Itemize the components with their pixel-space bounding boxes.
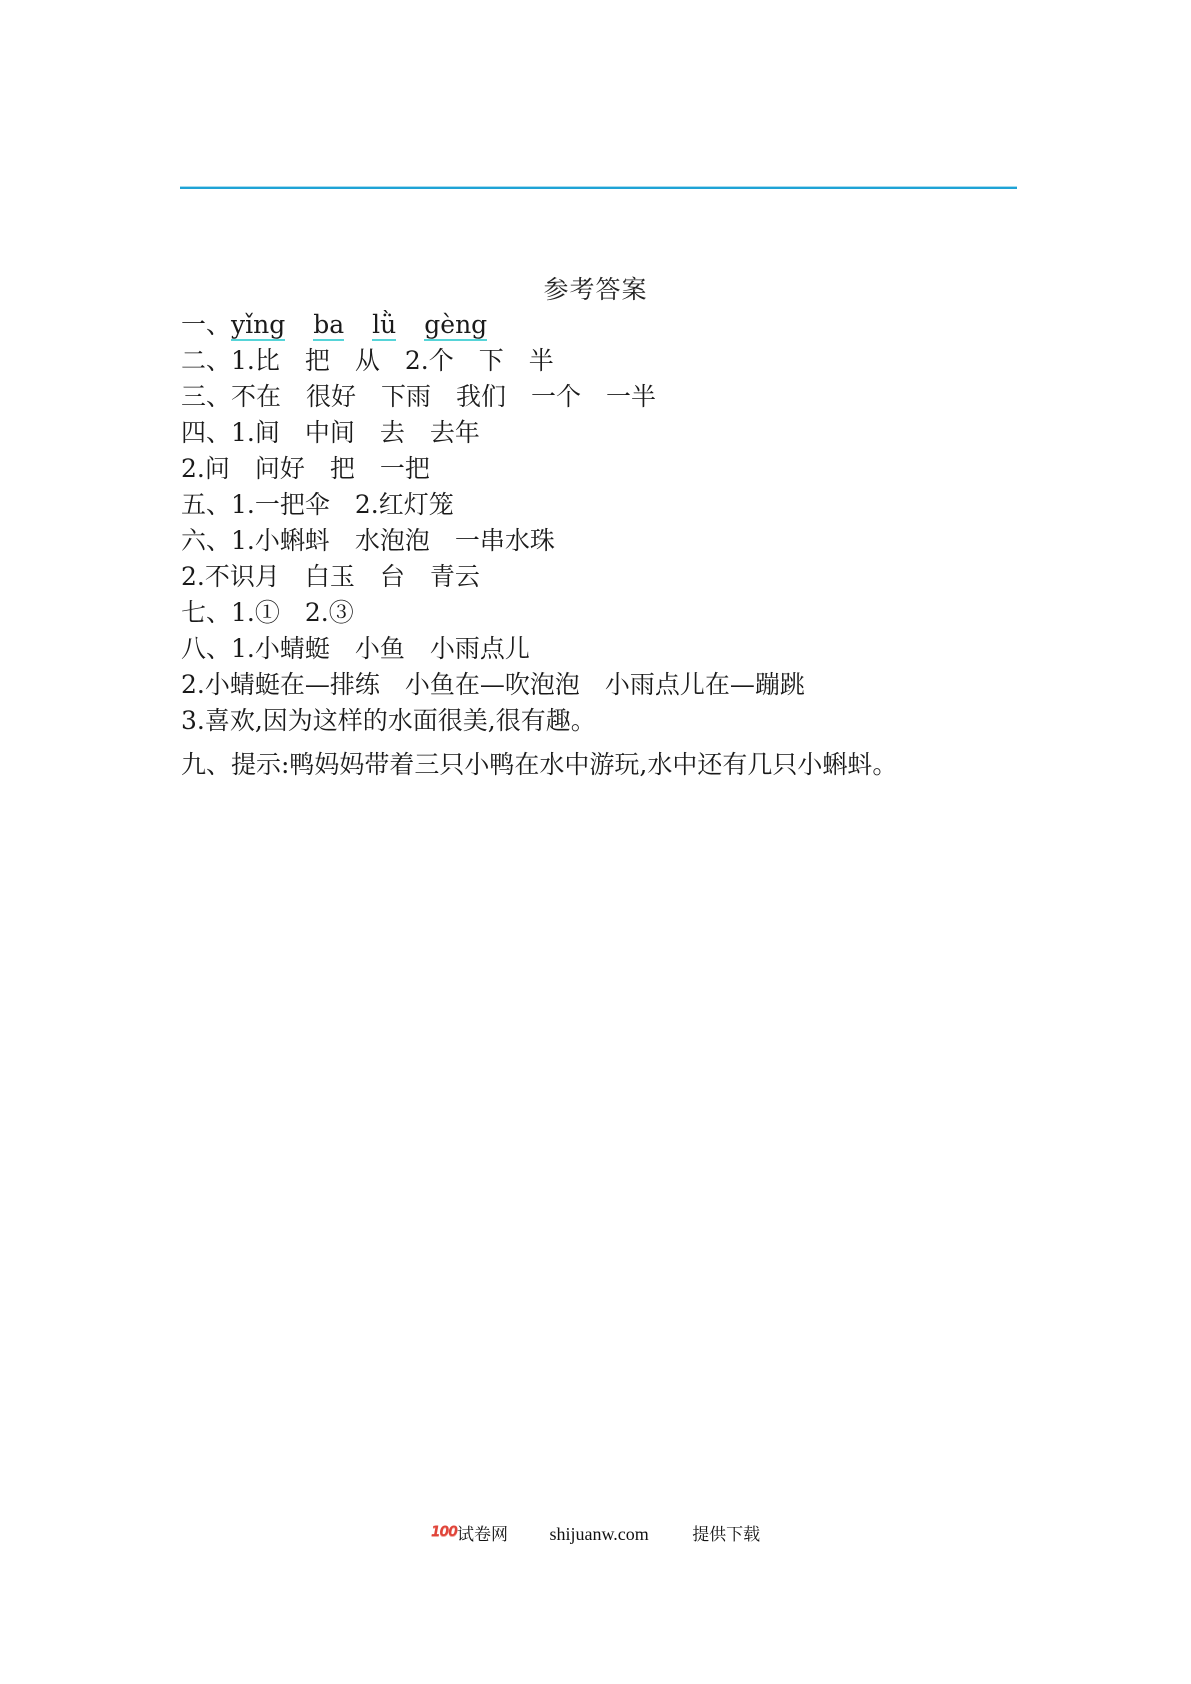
answer-4-part-1: 四、1.间 中间 去 去年 <box>181 415 1041 451</box>
answer-8-part-3: 3.喜欢,因为这样的水面很美,很有趣。 <box>181 703 1041 739</box>
answer-2: 二、1.比 把 从 2.个 下 半 <box>181 343 1041 379</box>
site-url[interactable]: shijuanw.com <box>549 1524 648 1544</box>
answer-3: 三、不在 很好 下雨 我们 一个 一半 <box>181 379 1041 415</box>
answer-8-part-2: 2.小蜻蜓在—排练 小鱼在—吹泡泡 小雨点儿在—蹦跳 <box>181 667 1041 703</box>
answer-1: 一、yǐngbalǜgèng <box>181 307 1041 343</box>
pinyin-word: ba <box>313 311 344 341</box>
footer: 100试卷网 shijuanw.com 提供下载 <box>0 1520 1191 1545</box>
answer-5: 五、1.一把伞 2.红灯笼 <box>181 487 1041 523</box>
answer-list: 一、yǐngbalǜgèng 二、1.比 把 从 2.个 下 半 三、不在 很好… <box>181 307 1041 783</box>
answer-7: 七、1.① 2.③ <box>181 595 1041 631</box>
answer-6-part-2: 2.不识月 白玉 台 青云 <box>181 559 1041 595</box>
pinyin-word: gèng <box>424 311 487 341</box>
answer-8-part-1: 八、1.小蜻蜓 小鱼 小雨点儿 <box>181 631 1041 667</box>
site-name: 试卷网 <box>457 1525 508 1545</box>
answer-9: 九、提示:鸭妈妈带着三只小鸭在水中游玩,水中还有几只小蝌蚪。 <box>181 747 1041 783</box>
answer-4-part-2: 2.问 问好 把 一把 <box>181 451 1041 487</box>
page-title: 参考答案 <box>0 270 1191 306</box>
header-rule <box>180 187 1017 189</box>
answer-1-label: 一、 <box>181 310 231 339</box>
pinyin-word: yǐng <box>231 311 285 341</box>
provide-download-text: 提供下载 <box>692 1525 760 1545</box>
logo-100-icon: 100 <box>431 1524 457 1540</box>
pinyin-word: lǜ <box>372 311 396 341</box>
answer-6-part-1: 六、1.小蝌蚪 水泡泡 一串水珠 <box>181 523 1041 559</box>
